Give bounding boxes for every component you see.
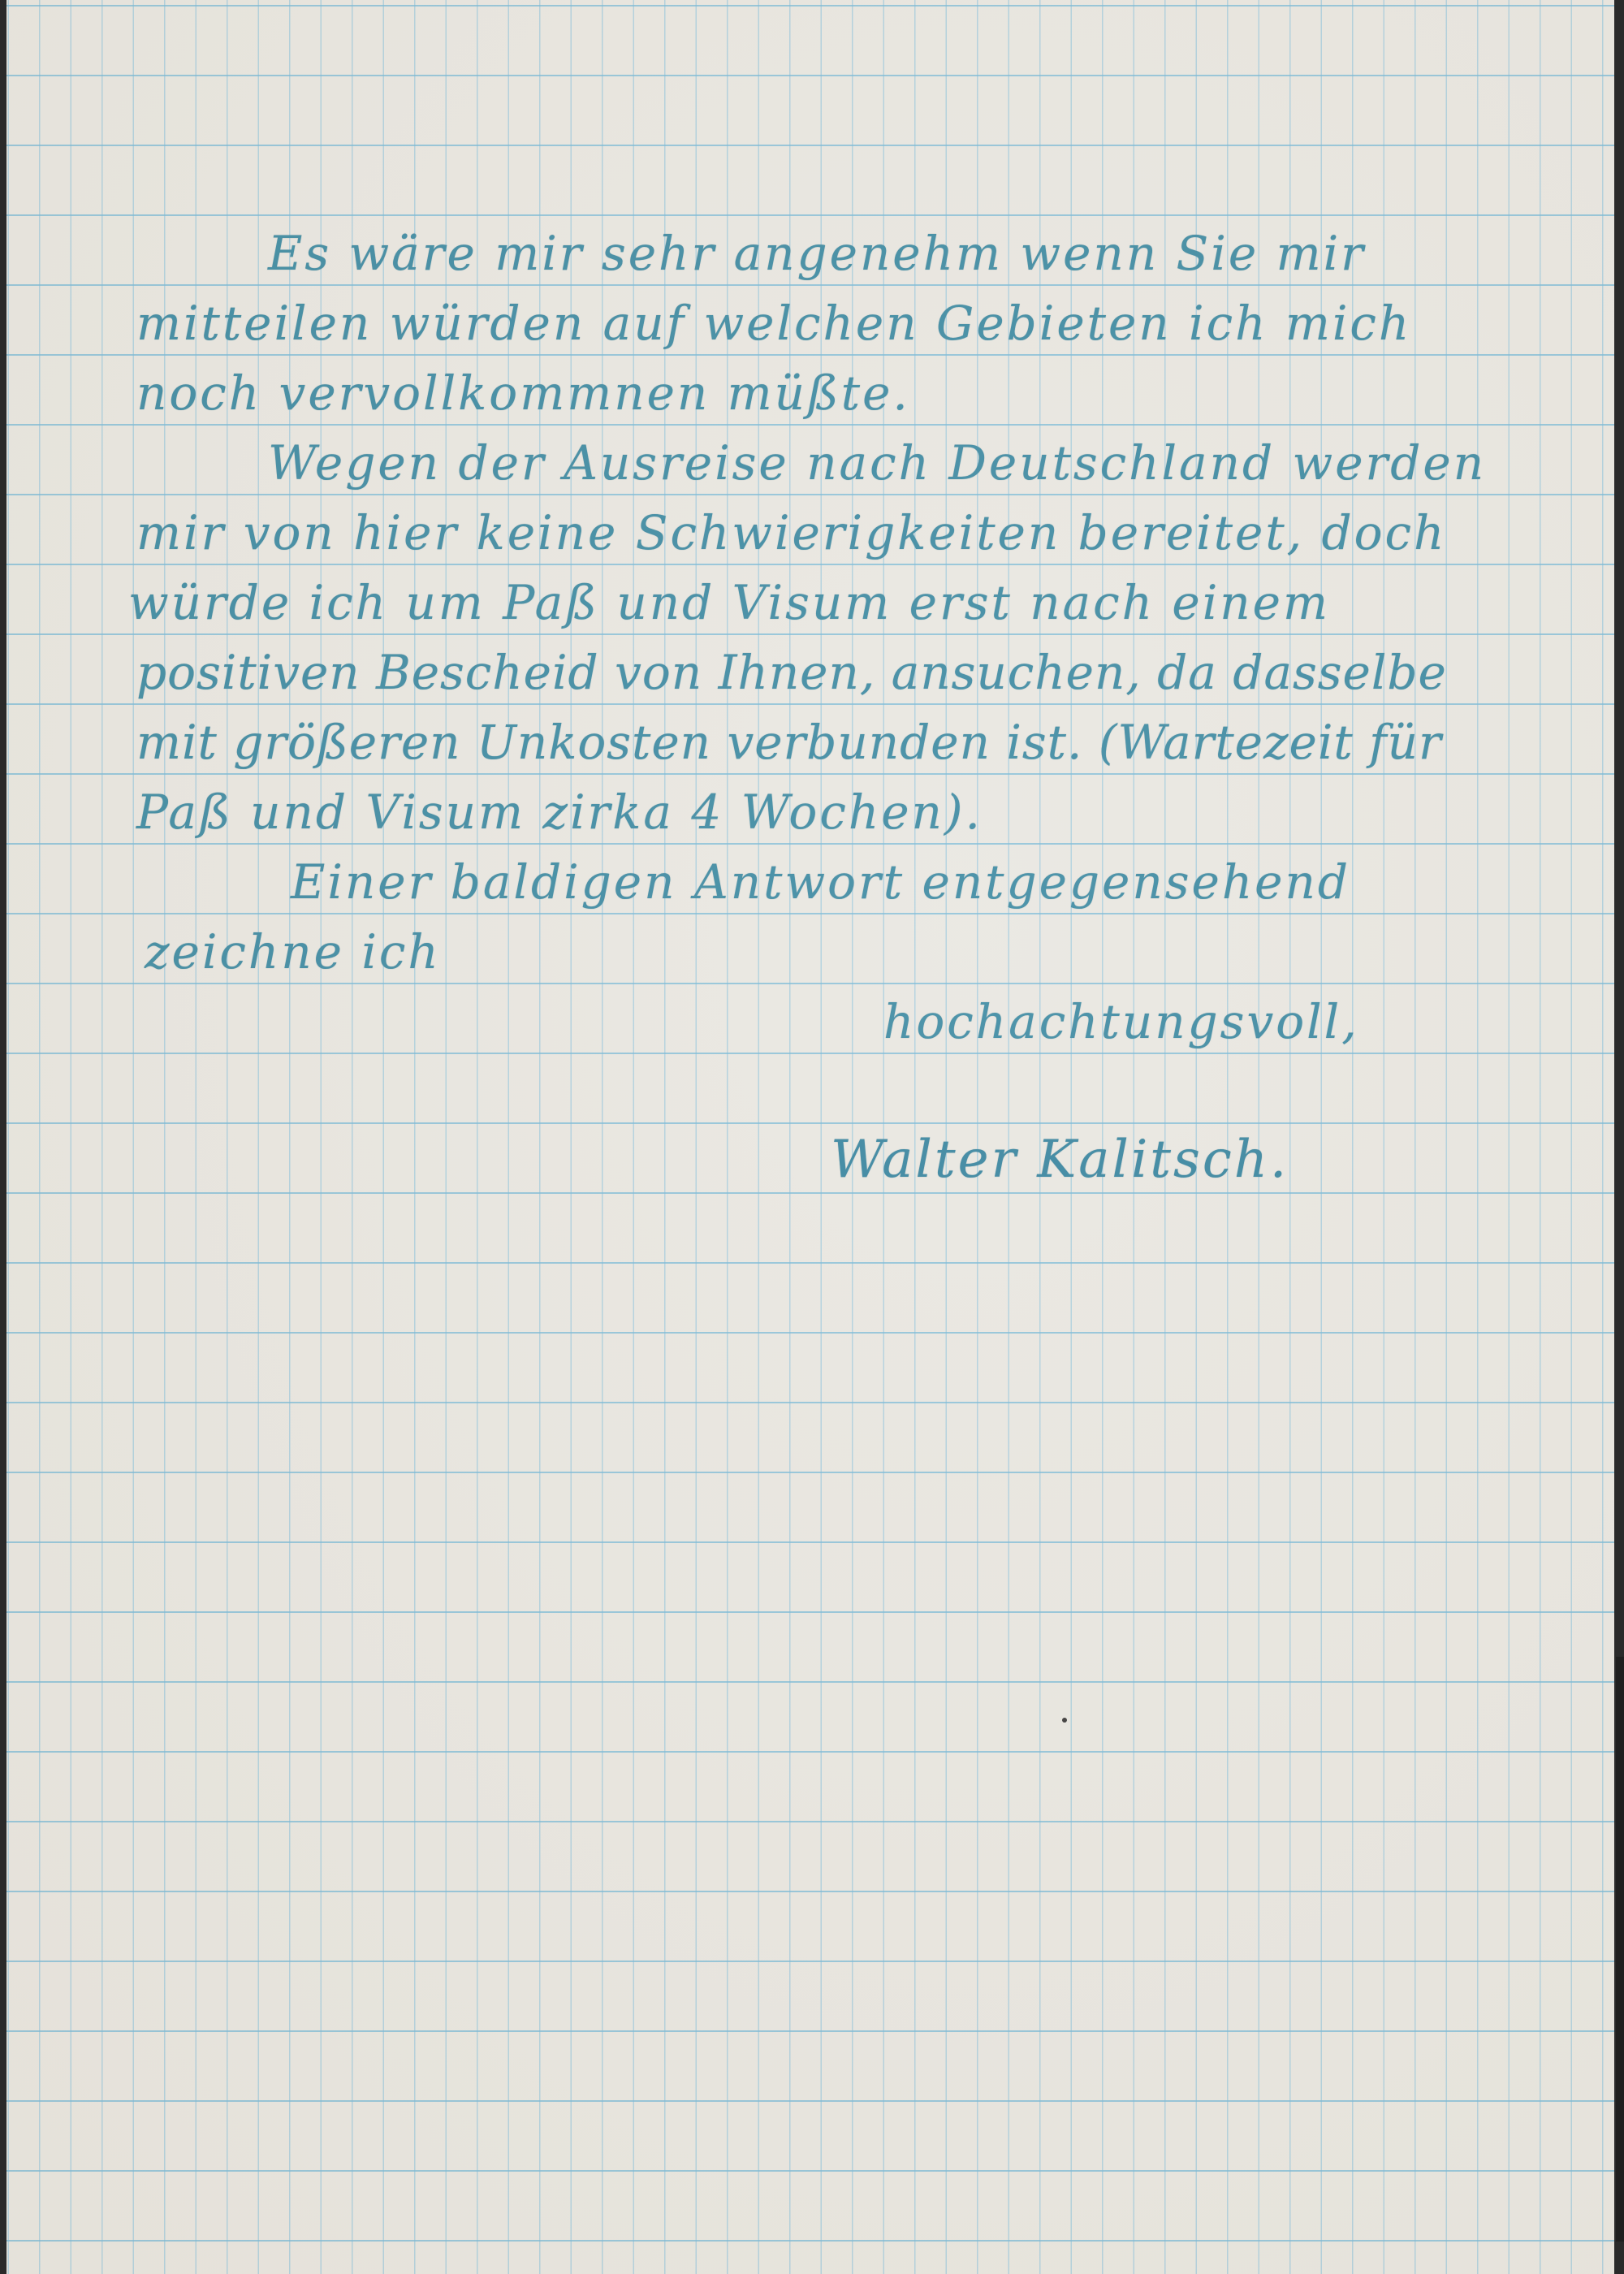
letter-line: mitteilen würden auf welchen Gebieten ic… [136,300,1411,347]
letter-line: Paß und Visum zirka 4 Wochen). [136,789,983,836]
letter-line: mir von hier keine Schwierigkeiten berei… [136,509,1446,556]
letter-line: Einer baldigen Antwort entgegensehend [291,858,1350,906]
letter-line: Es wäre mir sehr angenehm wenn Sie mir [268,230,1366,277]
letter-line: mit größeren Unkosten verbunden ist. (Wa… [136,719,1442,766]
letter-line: würde ich um Paß und Visum erst nach ein… [128,579,1330,626]
letter-line: noch vervollkommnen müßte. [136,370,910,417]
scan-edge-shadow [1616,1657,1624,2242]
letter-line: positiven Bescheid von Ihnen, ansuchen, … [136,649,1447,696]
closing-salutation: hochachtungsvoll, [883,998,1359,1045]
paper-speck [1062,1718,1067,1723]
letter-line: Wegen der Ausreise nach Deutschland werd… [268,439,1486,486]
signature: Walter Kalitsch. [831,1134,1289,1186]
letter-line: zeichne ich [145,928,441,975]
grid-paper-sheet: Es wäre mir sehr angenehm wenn Sie mir m… [6,0,1614,2274]
